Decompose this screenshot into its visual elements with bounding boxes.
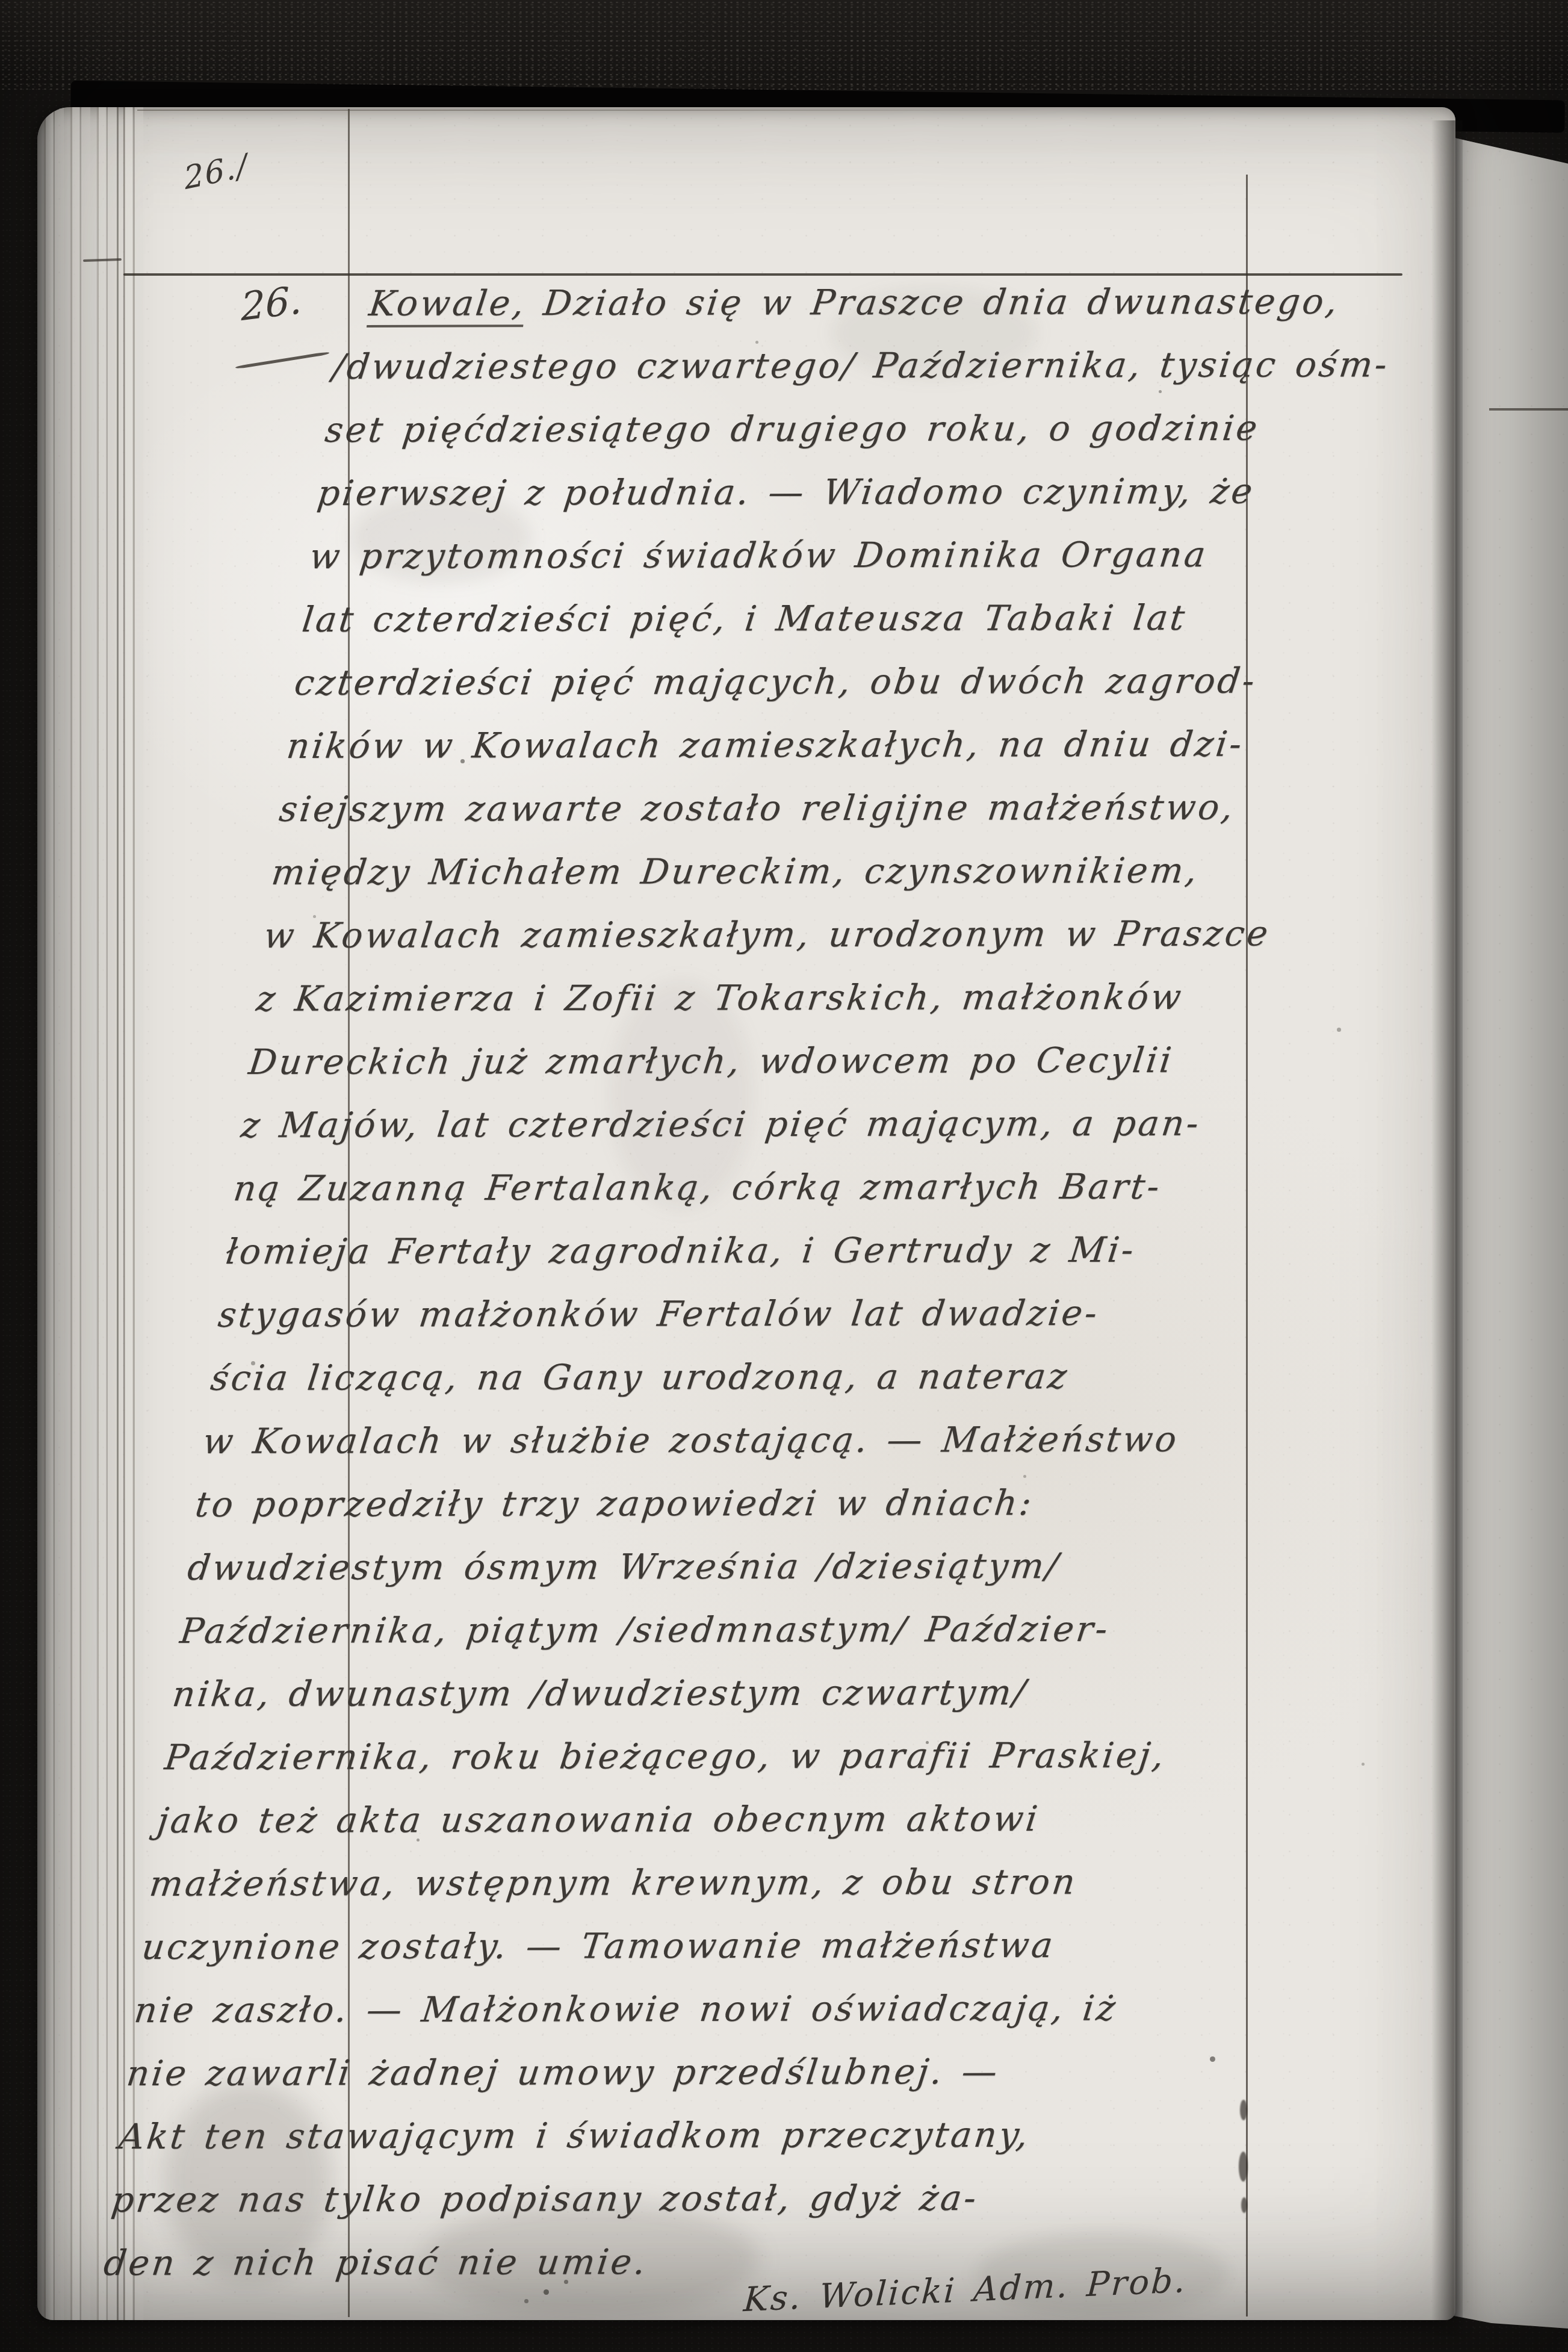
ink-blot: [1240, 2100, 1247, 2120]
record-line: w Kowalach zamieszkałym, urodzonym w Pra…: [261, 902, 1324, 967]
record-line: siejszym zawarte zostało religijne małże…: [276, 775, 1339, 841]
facing-page-rule-line: [1489, 408, 1568, 411]
record-line: to poprzedziły trzy zapowiedzi w dniach:: [192, 1471, 1256, 1536]
record-line: Dureckich już zmarłych, wdowcem po Cecyl…: [245, 1028, 1309, 1094]
ink-blot: [1241, 2197, 1247, 2213]
page-number: 26./: [182, 147, 250, 197]
register-page: 26./ 26. Kowale, Działo się w Praszce dn…: [37, 107, 1455, 2320]
page-edge-crease: [134, 107, 135, 2320]
page-gutter-shadow: [1431, 120, 1463, 2336]
facing-page-edge: [1452, 137, 1568, 2329]
entry-number-underline: [235, 352, 330, 370]
record-line: w przytomności świadków Dominika Organa: [306, 523, 1370, 588]
record-line: nie zawarli żadnej umowy przedślubnej. —: [123, 2040, 1186, 2105]
record-line: jako też akta uszanowania obecnym aktowi: [153, 1787, 1217, 1852]
record-line: Akt ten stawającym i świadkom przeczytan…: [116, 2103, 1179, 2168]
entry-number: 26.: [241, 278, 302, 330]
record-text: Kowale, Działo się w Praszce dnia dwunas…: [100, 270, 1400, 2295]
record-line: łomieja Fertały zagrodnika, i Gertrudy z…: [222, 1218, 1286, 1283]
record-line: Października, piątym /siedmnastym/ Paźdz…: [176, 1597, 1240, 1663]
register-book-photo: 26./ 26. Kowale, Działo się w Praszce dn…: [0, 0, 1568, 2352]
record-line: z Kazimierza i Zofii z Tokarskich, małżo…: [253, 965, 1316, 1031]
record-line-rest: Działo się w Praszce dnia dwunastego,: [524, 281, 1342, 324]
record-line: Października, roku bieżącego, w parafii …: [161, 1724, 1225, 1789]
record-line: uczynione zostały. — Tamowanie małżeństw…: [138, 1913, 1202, 1979]
record-line: przez nas tylko podpisany został, gdyż ż…: [108, 2166, 1171, 2232]
record-line: set pięćdziesiątego drugiego roku, o god…: [321, 396, 1385, 462]
record-line: z Majów, lat czterdzieści pięć mającym, …: [238, 1091, 1301, 1157]
top-rule-line: [137, 110, 1040, 111]
record-line: ników w Kowalach zamieszkałych, na dniu …: [284, 712, 1347, 778]
page-edge-crease: [117, 107, 119, 2320]
leather-cover-top: [0, 0, 1568, 90]
record-line: małżeństwa, wstępnym krewnym, z obu stro…: [146, 1850, 1210, 1916]
record-line: dwudziestym ósmym Września /dziesiątym/: [184, 1534, 1248, 1600]
record-lines: /dwudziestego czwartego/ Października, t…: [100, 333, 1393, 2295]
record-line: nie zaszło. — Małżonkowie nowi oświadcza…: [131, 1976, 1194, 2042]
record-line: czterdzieści pięć mających, obu dwóch za…: [291, 649, 1354, 715]
record-line: między Michałem Dureckim, czynszownikiem…: [268, 839, 1331, 904]
record-line: ścia liczącą, na Gany urodzoną, a natera…: [207, 1344, 1271, 1410]
record-line: ną Zuzanną Fertalanką, córką zmarłych Ba…: [230, 1155, 1294, 1220]
page-edge-crease: [123, 107, 125, 2320]
record-line: Kowale, Działo się w Praszce dnia dwunas…: [336, 270, 1400, 335]
record-line: /dwudziestego czwartego/ Października, t…: [329, 333, 1393, 399]
paper-specks: [37, 107, 40, 110]
record-line: pierwszej z południa. — Wiadomo czynimy,…: [314, 459, 1377, 525]
record-line: w Kowalach w służbie zostającą. — Małżeń…: [199, 1407, 1263, 1473]
record-line: lat czterdzieści pięć, i Mateusza Tabaki…: [299, 586, 1362, 651]
record-line: stygasów małżonków Fertalów lat dwadzie-: [215, 1281, 1278, 1347]
ink-blot: [1239, 2152, 1248, 2182]
place-name: Kowale,: [367, 282, 528, 327]
page-edges-stack: [37, 107, 144, 2320]
record-line: nika, dwunastym /dwudziestym czwartym/: [169, 1660, 1233, 1726]
